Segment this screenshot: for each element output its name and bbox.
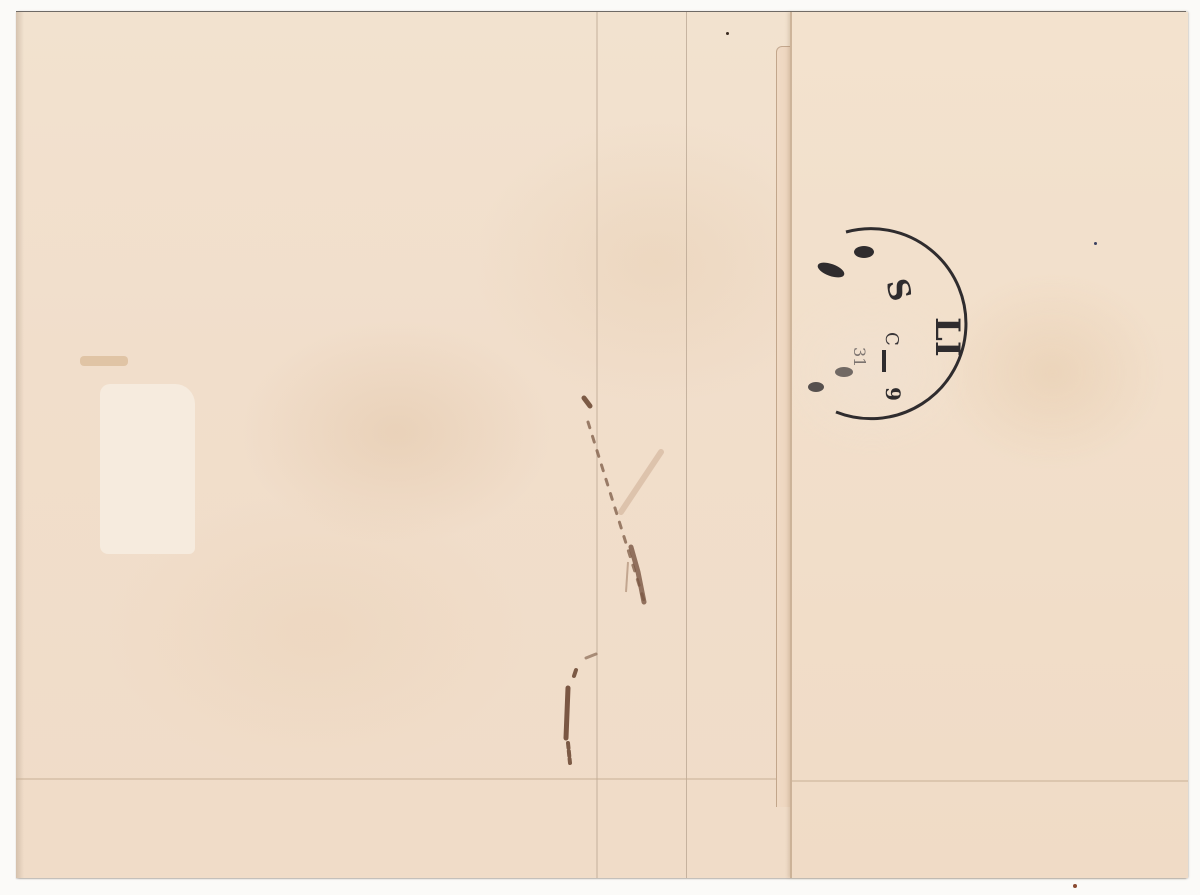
paper-stain [80, 356, 128, 366]
postmark-letter: S [878, 275, 917, 305]
fold-line [16, 778, 776, 780]
fold-line [686, 12, 687, 878]
postmark-month: C [881, 332, 902, 346]
postmark-separator [882, 350, 886, 372]
left-edge-shadow [16, 12, 24, 878]
postmark-town-text: LI [927, 317, 967, 357]
side-flap [790, 12, 1188, 878]
postmark-year: 9 [881, 387, 905, 401]
ink-speck [1073, 884, 1077, 888]
postmark-day: 31 [850, 347, 869, 367]
paper-abrasion [100, 384, 195, 554]
postal-cover-back: S LI C 31 9 [16, 12, 1186, 878]
ink-speck [1094, 242, 1097, 245]
fold-line [792, 780, 1188, 782]
manuscript-arc-mark [556, 648, 606, 768]
circular-postmark: S LI C 31 9 [786, 222, 986, 422]
manuscript-cross-mark [576, 392, 666, 622]
ink-speck [726, 32, 729, 35]
